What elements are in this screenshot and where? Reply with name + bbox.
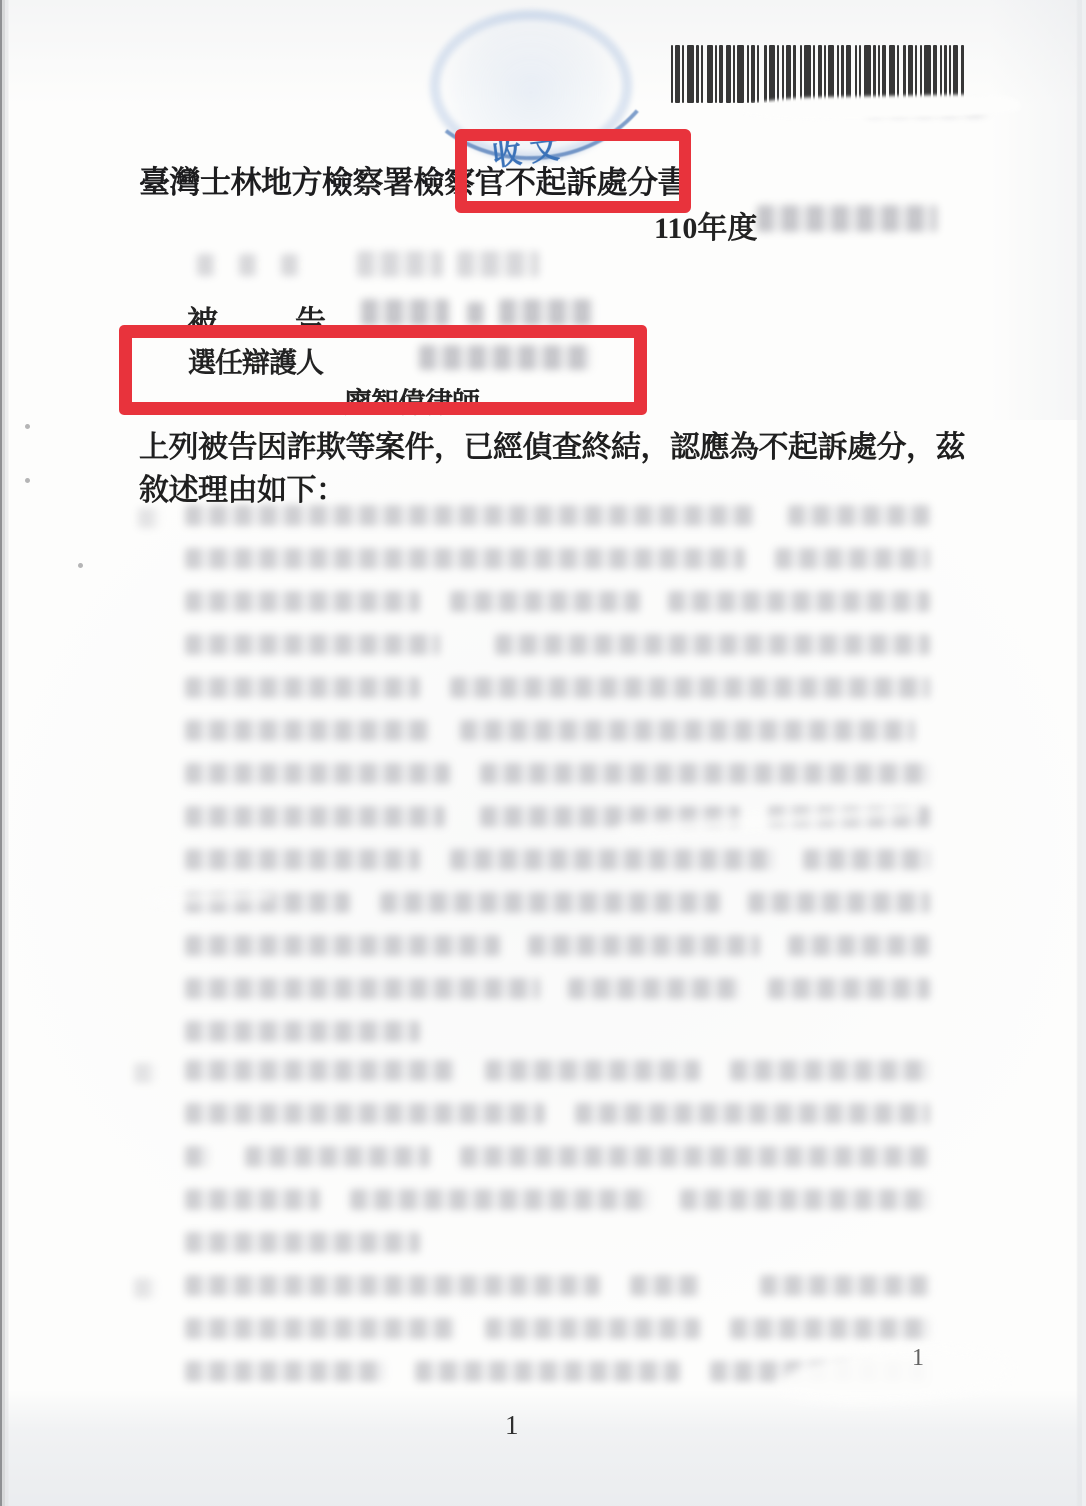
redacted-text-line xyxy=(450,849,775,870)
redacted-text-line xyxy=(568,978,740,999)
barcode-bar xyxy=(903,45,906,103)
barcode-bar xyxy=(751,45,755,103)
redacted-text-line xyxy=(528,935,760,956)
barcode-bar xyxy=(733,45,735,103)
redacted-text-line xyxy=(730,1318,930,1339)
barcode-bar xyxy=(696,45,699,103)
redacted-text-line xyxy=(680,1189,930,1210)
scan-edge-right xyxy=(1076,0,1086,1506)
barcode-bar xyxy=(675,45,680,103)
barcode-bar xyxy=(777,45,779,103)
page-number: 1 xyxy=(505,1410,519,1441)
barcode-bar xyxy=(726,45,731,103)
barcode-bar xyxy=(682,45,684,103)
scan-speck xyxy=(25,424,30,429)
complainant-row-redacted xyxy=(357,251,443,277)
barcode-bar xyxy=(757,45,759,103)
body-intro-line-2: 敘述理由如下： xyxy=(139,465,346,509)
redacted-text-line xyxy=(185,591,420,612)
barcode-bar xyxy=(889,45,895,103)
redacted-text-line xyxy=(185,1060,455,1081)
complainant-row-redacted xyxy=(281,254,299,276)
case-number-redacted xyxy=(757,205,937,232)
redacted-text-line xyxy=(350,1189,650,1210)
barcode-bar xyxy=(873,45,876,103)
barcode-bar xyxy=(837,45,839,103)
barcode-bar xyxy=(747,45,749,103)
barcode-bar xyxy=(855,45,857,103)
scan-speck xyxy=(78,563,83,568)
barcode-bar xyxy=(687,45,694,103)
redacted-text-line xyxy=(185,720,430,741)
barcode-bar xyxy=(764,45,767,103)
redacted-text-line xyxy=(185,806,445,827)
barcode-bar xyxy=(800,45,802,103)
redacted-list-marker xyxy=(134,1278,156,1298)
barcode-bar xyxy=(813,45,815,103)
complainant-row-redacted xyxy=(239,254,257,276)
barcode-bar xyxy=(882,45,886,103)
redacted-text-line xyxy=(415,1361,680,1382)
redacted-text-line xyxy=(185,1361,385,1382)
redacted-text-line xyxy=(245,1146,430,1167)
redacted-text-line xyxy=(630,1275,700,1296)
barcode-bar xyxy=(715,45,717,103)
annotation-highlight-box xyxy=(119,325,647,415)
barcode-bar xyxy=(737,45,744,103)
annotation-highlight-box xyxy=(455,129,691,213)
barcode-bar xyxy=(878,45,880,103)
redacted-text-line xyxy=(788,505,930,526)
complainant-row-redacted xyxy=(457,251,539,277)
margin-page-mark: 1 xyxy=(912,1345,924,1372)
redacted-text-line xyxy=(768,978,930,999)
barcode-bar xyxy=(859,45,861,103)
barcode-bar xyxy=(846,45,851,103)
redacted-text-line xyxy=(450,677,930,698)
scan-speck xyxy=(25,478,30,483)
redacted-text-line xyxy=(450,591,640,612)
redacted-text-line xyxy=(803,849,930,870)
barcode-bar xyxy=(908,45,913,103)
defendant-names-redacted xyxy=(467,302,485,325)
barcode-bar xyxy=(701,45,703,103)
barcode-bar xyxy=(864,45,871,103)
redacted-text-line xyxy=(788,935,930,956)
redacted-text-line xyxy=(185,849,420,870)
redacted-text-line xyxy=(185,1021,420,1042)
redacted-text-line xyxy=(730,1060,930,1081)
defendant-names-redacted xyxy=(499,299,593,326)
barcode-bar xyxy=(719,45,723,103)
redacted-text-line xyxy=(775,548,930,569)
scan-wash xyxy=(0,1390,1086,1506)
redacted-text-line xyxy=(185,935,500,956)
redacted-text-line xyxy=(748,892,930,913)
barcode-bar xyxy=(824,45,826,103)
redacted-text-line xyxy=(185,1103,545,1124)
redacted-text-line xyxy=(185,978,540,999)
redacted-text-line xyxy=(185,763,450,784)
redacted-text-line xyxy=(185,548,745,569)
redacted-text-line xyxy=(668,591,930,612)
redacted-text-line xyxy=(575,1103,930,1124)
redacted-text-line xyxy=(185,1318,455,1339)
redacted-list-marker xyxy=(138,508,160,528)
redacted-text-line xyxy=(185,1146,210,1167)
barcode-bar xyxy=(793,45,796,103)
redacted-text-line xyxy=(485,1060,700,1081)
barcode-bar xyxy=(841,45,844,103)
barcode-bar xyxy=(769,45,775,103)
barcode-bar xyxy=(897,45,899,103)
body-intro-line-1: 上列被告因詐欺等案件，已經偵查終結，認應為不起訴處分，茲 xyxy=(139,422,965,466)
redacted-text-line xyxy=(460,720,915,741)
redacted-text-line xyxy=(185,634,440,655)
redacted-text-line xyxy=(480,763,930,784)
barcode-bar xyxy=(707,45,713,103)
complainant-row-redacted xyxy=(197,254,215,276)
redacted-text-line xyxy=(185,1232,420,1253)
redacted-text-line xyxy=(185,677,420,698)
defendant-names-redacted xyxy=(361,299,449,326)
redacted-text-line xyxy=(185,1189,320,1210)
redacted-text-line xyxy=(495,634,930,655)
barcode-bar xyxy=(828,45,834,103)
redacted-text-line xyxy=(185,1275,600,1296)
redacted-text-line xyxy=(760,1275,930,1296)
barcode-bar xyxy=(818,45,822,103)
redacted-list-marker xyxy=(134,1063,156,1083)
barcode-bar xyxy=(782,45,784,103)
scanned-document-page: 收文 臺灣士林地方檢察署檢察官不起訴處分書 110年度 被 告 選任辯護人 廖智… xyxy=(0,0,1086,1506)
redacted-text-line xyxy=(485,1318,700,1339)
redacted-text-line xyxy=(460,1146,930,1167)
scan-edge-left xyxy=(0,0,9,1506)
barcode-bar xyxy=(915,45,917,103)
barcode-bar xyxy=(786,45,791,103)
barcode-bar xyxy=(804,45,811,103)
redacted-text-line xyxy=(380,892,720,913)
barcode-bar xyxy=(671,45,673,103)
